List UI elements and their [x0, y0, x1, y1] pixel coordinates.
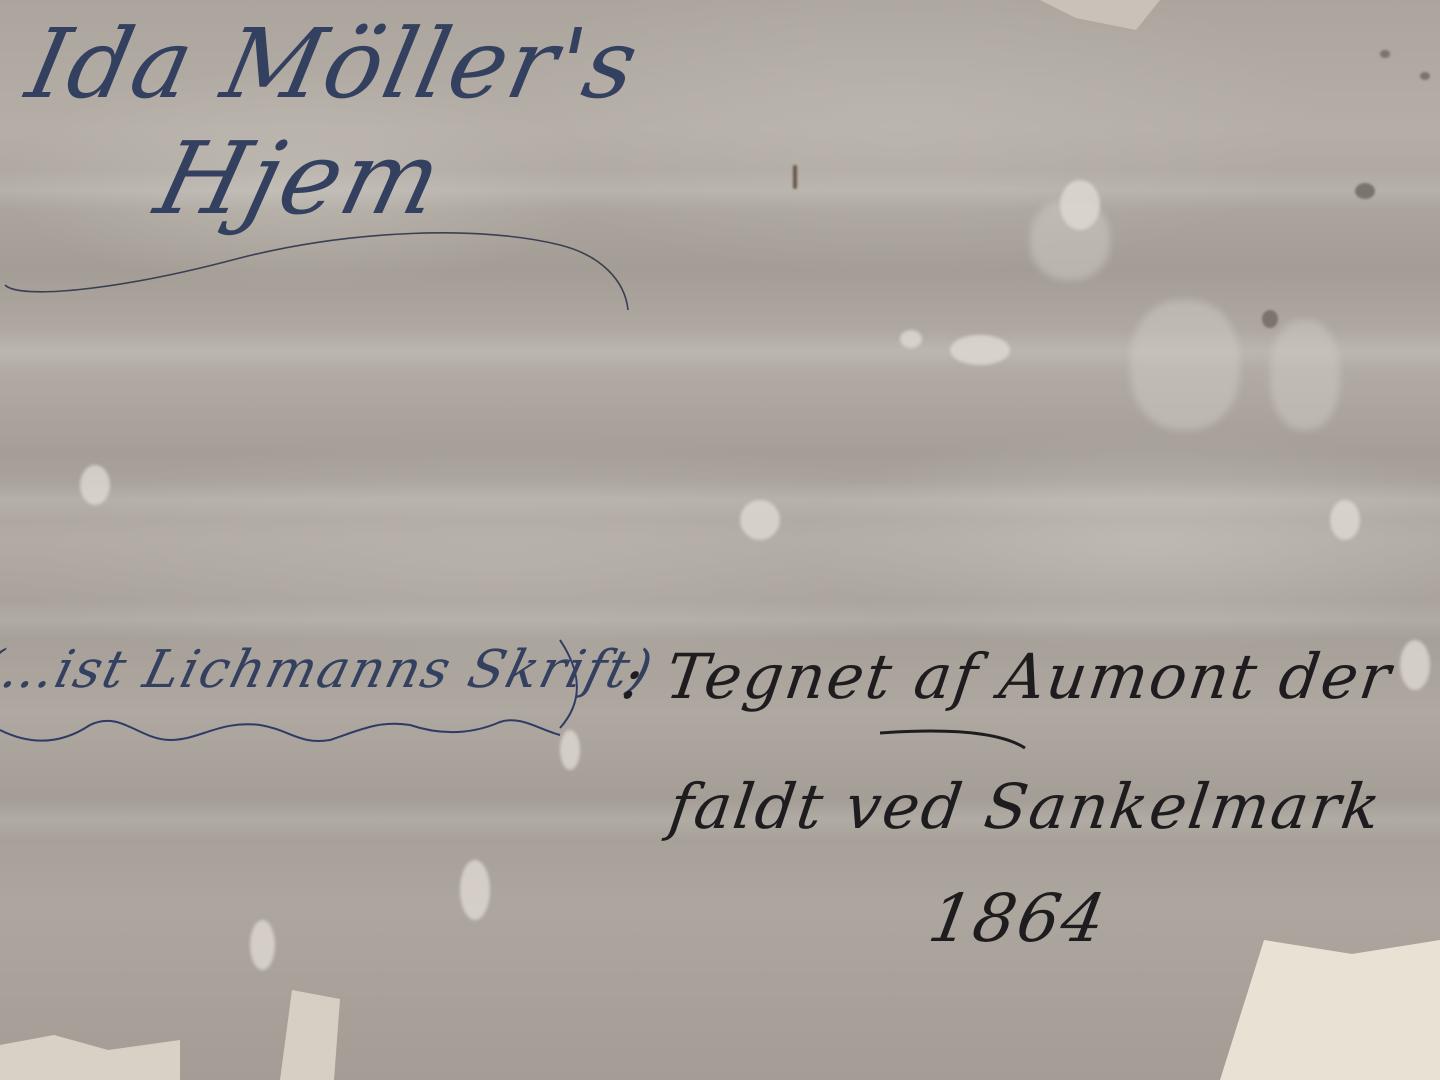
water-stain [1130, 300, 1240, 430]
inscription-year: 1864 [923, 880, 1113, 957]
paper-speck [1330, 500, 1360, 540]
inscription-home: Hjem [145, 120, 454, 237]
paper-fold [0, 600, 1440, 640]
drawn-by-suffix: der [1275, 640, 1397, 713]
ink-mark [793, 165, 797, 189]
inscription-fell-at: faldt ved Sankelmark [665, 770, 1387, 843]
paper-fold [0, 480, 1440, 520]
artist-name: Aumont [995, 640, 1263, 713]
dark-spot [1420, 72, 1430, 80]
dark-spot [1262, 310, 1278, 328]
water-stain [1270, 320, 1340, 430]
inscription-handwriting-note: (…ist Lichmanns Skrift) [0, 640, 660, 700]
paper-speck [950, 335, 1010, 365]
inscription-owner-name: Ida Möller's [18, 8, 649, 120]
paper-speck [1400, 640, 1430, 690]
inscription-drawn-by: : Tegnet af Aumont der [617, 640, 1397, 713]
paper-speck [1060, 180, 1100, 230]
paper-speck [80, 465, 110, 505]
dark-spot [1355, 183, 1375, 199]
paper-speck [460, 860, 490, 920]
paper-speck [740, 500, 780, 540]
dark-spot [1380, 50, 1390, 58]
paper-speck [900, 330, 922, 348]
paper-speck [250, 920, 275, 970]
drawn-by-prefix: : Tegnet af [617, 640, 984, 713]
paper-speck [560, 730, 580, 770]
